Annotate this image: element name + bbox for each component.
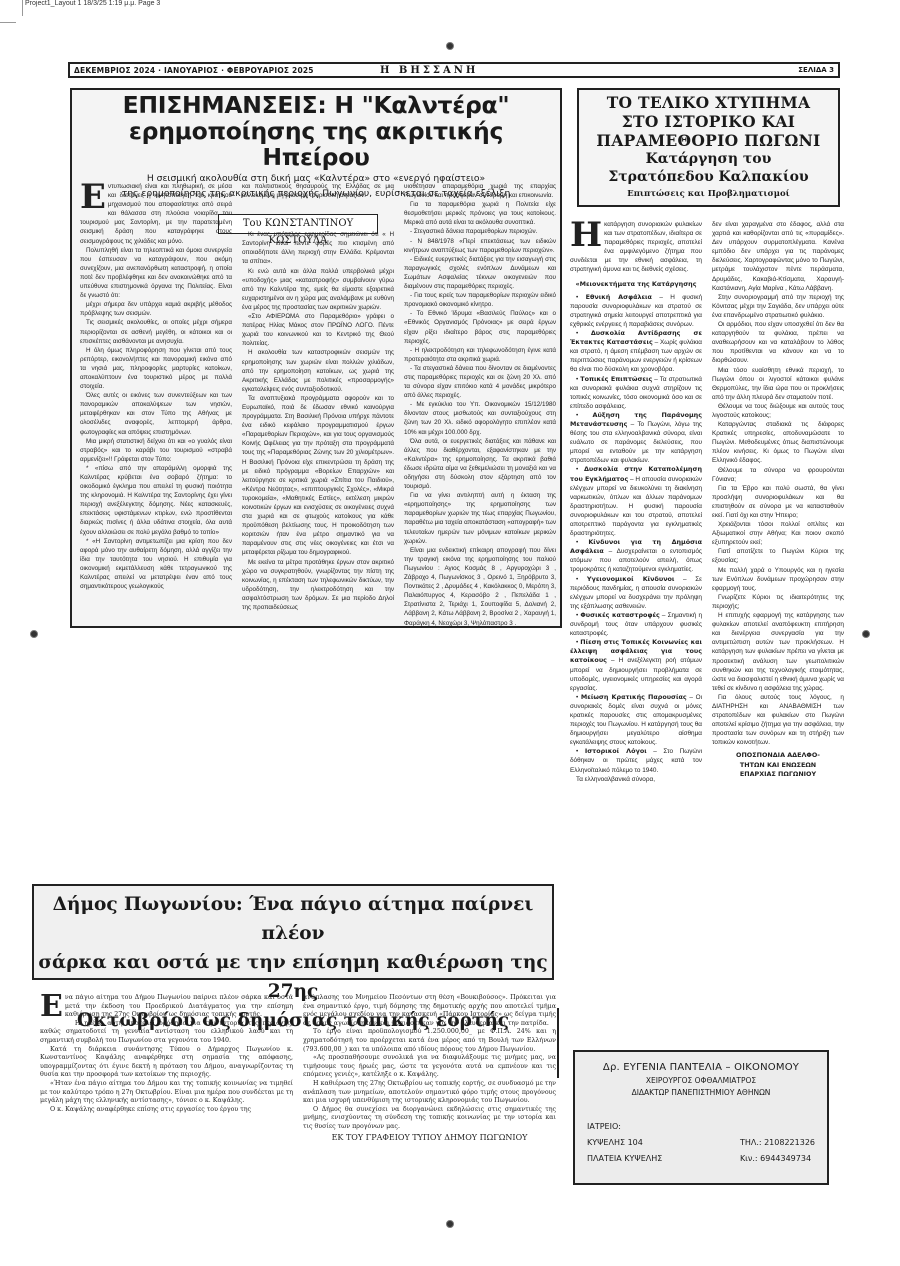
bullet-point: • Αύξηση της Παράνομης Μετανάστευσης – Τ… — [570, 411, 702, 466]
paragraph: Για να γίνει αντιληπτή αυτή η έκταση της… — [404, 491, 556, 546]
ad-contact: ΙΑΤΡΕΙΟ: ΚΥΨΕΛΗΣ 104 ΠΛΑΤΕΙΑ ΚΥΨΕΛΗΣ ΤΗΛ… — [587, 1119, 815, 1167]
paragraph: Μια τόσο ευαίσθητη εθνικά περιοχή, το Πω… — [712, 366, 844, 402]
paragraph: Είναι μια ενδεικτική επίκαιρη απογραφή π… — [404, 546, 556, 626]
side-article-body: Η κατάργηση συνοριακών φυλακίων και των … — [570, 220, 845, 1045]
paragraph: Οι αρμόδιοι, που είχαν υποσχεθεί ότι δεν… — [712, 320, 844, 365]
page-number: ΣΕΛΙΔΑ 3 — [798, 66, 834, 74]
bullet-text: – Οι συνοριακές δομές είναι συχνά οι μόν… — [570, 694, 702, 746]
paragraph: Θέλουμε τα σύνορα να φρουρούνται Γόνιανα… — [712, 466, 844, 484]
bullet-point: • Δυσκολία Αντίδρασης σε Έκτακτες Καταστ… — [570, 329, 702, 374]
paragraph: Κατά τη διάρκεια συνάντησης Τύπου ο Δήμα… — [40, 1046, 293, 1080]
ad-address-line1: ΚΥΨΕΛΗΣ 104 — [587, 1135, 662, 1151]
paragraph: Μια μικρή στατιστική δείχνει ότι και «ο … — [80, 437, 232, 464]
paragraph: - Για τους ιερείς των παραμεθορίων περιο… — [404, 291, 556, 309]
paragraph: Για τα παραμεθόρια χωριά η Πολιτεία είχε… — [404, 200, 556, 227]
side-article-header: ΤΟ ΤΕΛΙΚΟ ΧΤΥΠΗΜΑ ΣΤΟ ΙΣΤΟΡΙΚΟ ΚΑΙ ΠΑΡΑΜ… — [577, 88, 840, 207]
paragraph: Για τα Έβρο και πολύ σωστά, θα γίνει προ… — [712, 484, 844, 520]
side-article-column-1: Η κατάργηση συνοριακών φυλακίων και των … — [570, 220, 702, 1045]
dropcap: Ε — [40, 994, 63, 1020]
ad-doctor-name: Δρ. ΕΥΓΕΝΙΑ ΠΑΝΤΕΛΙΑ – ΟΙΚΟΝΟΜΟΥ — [587, 1062, 815, 1073]
paragraph: - Τα στεγαστικά δάνεια που δίνονταν σε δ… — [404, 364, 556, 400]
paragraph: Όλα αυτά, οι ευεργετικές διατάξεις και π… — [404, 437, 556, 492]
paragraph: Στην συνοριογραμμή από την περιοχή της Κ… — [712, 293, 844, 320]
paragraph: Γιατί αποτίζετε το Πωγώνι Κύριοι της εξο… — [712, 547, 844, 565]
pogoni-article-header: Δήμος Πωγωνίου: Ένα πάγιο αίτημα παίρνει… — [32, 884, 554, 980]
paragraph: Καταργώντας σταδιακά τις διάφορες Κρατικ… — [712, 420, 844, 465]
registration-mark-icon — [862, 630, 870, 638]
pogoni-column-1: Ε να πάγιο αίτημα του Δήμου Πωγωνίου παί… — [40, 994, 293, 1212]
paragraph: Ο κ. Καψάλης αναφέρθηκε επίσης στις εργα… — [40, 1106, 293, 1115]
ad-address-line2: ΠΛΑΤΕΙΑ ΚΥΨΕΛΗΣ — [587, 1151, 662, 1167]
paragraph: Η ημέρα αυτή αποτελεί ορόσημο για την ισ… — [40, 1020, 293, 1046]
paragraph: και πολιτιστικούς θησαυρούς της Ελλάδας … — [242, 182, 394, 200]
ad-address: ΙΑΤΡΕΙΟ: ΚΥΨΕΛΗΣ 104 ΠΛΑΤΕΙΑ ΚΥΨΕΛΗΣ — [587, 1119, 662, 1167]
bullet-point: • Τοπικές Επιπτώσεις – Τα στρατιωτικά κα… — [570, 375, 702, 411]
paragraph: δεν είναι χαραγμένα στο έδαφος, αλλά στα… — [712, 220, 844, 293]
bullet-point: • Εθνική Ασφάλεια – Η φυσική παρουσία συ… — [570, 293, 702, 329]
signature-line: ΕΠΑΡΧΙΑΣ ΠΩΓΩΝΙΟΥ — [712, 770, 844, 779]
ad-phone: ΤΗΛ.: 2108221326 — [740, 1135, 815, 1151]
paragraph: Τις σεισμικές ακολουθίες, οι οποίες μέχρ… — [80, 318, 232, 345]
crop-mark — [0, 22, 16, 23]
ad-specialty: ΧΕΙΡΟΥΡΓΟΣ ΟΦΘΑΛΜΙΑΤΡΟΣ — [587, 1076, 815, 1085]
paragraph: Τα ελληνοαλβανικά σύνορα, — [570, 775, 702, 784]
dropcap: Η — [570, 221, 602, 249]
press-office-signoff: ΕΚ ΤΟΥ ΓΡΑΦΕΙΟΥ ΤΥΠΟΥ ΔΗΜΟΥ ΠΩΓΩΝΙΟΥ — [303, 1134, 556, 1143]
paragraph: Ο Δήμος θα συνεχίσει να διοργανώνει εκδη… — [303, 1106, 556, 1132]
paragraph: Το έργο είναι προϋπολογισμού 1.250.000,0… — [303, 1028, 556, 1054]
paragraph: Για όλους αυτούς τους λόγους, η ΔΙΑΤΗΡΗΣ… — [712, 693, 844, 748]
ad-office-label: ΙΑΤΡΕΙΟ: — [587, 1119, 662, 1135]
section-heading: «Μειονεκτήματα της Κατάργησης — [570, 280, 702, 289]
bullet-point: • Υγειονομικοί Κίνδυνοι – Σε περιόδους π… — [570, 575, 702, 611]
side-article-subtitle-line1: Κατάργηση του — [579, 151, 838, 168]
registration-mark-icon — [446, 42, 454, 50]
paragraph: Η καθιέρωση της 27ης Οκτωβρίου ως τοπική… — [303, 1080, 556, 1106]
issue-date: ΔΕΚΕΜΒΡΙΟΣ 2024 · ΙΑΝΟΥΑΡΙΟΣ · ΦΕΒΡΟΥΑΡΙ… — [74, 66, 314, 75]
paragraph: Γνωρίζετε Κύριοι τις ιδιαιτερότητες της … — [712, 593, 844, 611]
registration-mark-icon — [446, 1220, 454, 1228]
pogoni-article-body: Ε να πάγιο αίτημα του Δήμου Πωγωνίου παί… — [40, 994, 556, 1212]
paragraph: - Η ηλεκτροδότηση και τηλεφωνοδότηση έγι… — [404, 346, 556, 364]
bullet-head: Τοπικές Επιπτώσεις — [580, 375, 652, 383]
side-article-subtitle-line2: Στρατόπεδου Καλπακίου — [579, 169, 838, 186]
paragraph: Τα αναπτυξιακά προγράμματα αφορούν και τ… — [242, 394, 394, 558]
pogoni-column-2: ανάπλασης του Μνημείου Πεσόντων στη θέση… — [303, 994, 556, 1212]
side-article-title-line2: ΣΤΟ ΙΣΤΟΡΙΚΟ ΚΑΙ — [579, 112, 838, 131]
paragraph: Όλες αυτές οι εικόνες των συνεντεύξεων κ… — [80, 391, 232, 436]
paragraph: Θέλουμε να τους διώξουμε και αυτούς τους… — [712, 402, 844, 420]
paragraph: Κι ένας υπότιτλος εφημερίδας σημειώνει ό… — [242, 230, 394, 266]
paragraph: «Ας προσπαθήσουμε συνολικά για να διαφυλ… — [303, 1054, 556, 1080]
column-divider — [557, 1008, 559, 1078]
bullet-point: • Δυσκολία στην Καταπολέμηση του Εγκλήμα… — [570, 465, 702, 538]
paragraph: Με πολλή χαρά ο Υπουργός και η ηγεσία τω… — [712, 566, 844, 593]
ad-mobile: Κιν.: 6944349734 — [740, 1151, 815, 1167]
bullet-point: • Πίεση στις Τοπικές Κοινωνίες και έλλει… — [570, 638, 702, 693]
ad-degree: ΔΙΔΑΚΤΩΡ ΠΑΝΕΠΙΣΤΗΜΙΟΥ ΑΘΗΝΩΝ — [587, 1088, 815, 1097]
paragraph: * «Η Σαντορίνη αντιμετωπίζει μια κρίση π… — [80, 537, 232, 592]
bullet-text: – Η απουσία συνοριακών ελέγχων μπορεί να… — [570, 476, 702, 538]
bullet-point: • Ιστορικοί Λόγοι – Στο Πωγώνι δόθηκαν ο… — [570, 747, 702, 774]
bullet-head: Υγειονομικοί Κίνδυνοι — [587, 575, 675, 583]
paragraph: ανάπλασης του Μνημείου Πεσόντων στη θέση… — [303, 994, 556, 1028]
bullet-point: • Μείωση Κρατικής Παρουσίας – Οι συνορια… — [570, 693, 702, 748]
paragraph: - Ν 848/1978 «Περί επεκτάσεως των ειδικώ… — [404, 237, 556, 255]
main-article-column-3: υιοθέτησαν απαραμεθόρια χωριά της επαρχί… — [404, 182, 556, 626]
paragraph: - Ειδικές ευεργετικές διατάξεις για την … — [404, 255, 556, 291]
side-article-kicker: Επιπτώσεις και Προβληματισμοί — [579, 188, 838, 200]
main-article-title-line2: ερημοποίησης της ακριτικής Ηπείρου — [72, 118, 560, 170]
print-slug: Project1_Layout 1 18/3/25 1:19 μ.μ. Page… — [25, 0, 160, 7]
main-article-column-2: και πολιτιστικούς θησαυρούς της Ελλάδας … — [242, 182, 394, 626]
paragraph: Με εκείνα τα μέτρα προτάθηκε έργων στον … — [242, 558, 394, 613]
side-article-title-line1: ΤΟ ΤΕΛΙΚΟ ΧΤΥΠΗΜΑ — [579, 93, 838, 112]
paragraph: - Στεγαστικά δάνεια παραμεθορίων περιοχώ… — [404, 227, 556, 236]
paragraph: Η ακολουθία των καταστροφικών σεισμών τη… — [242, 348, 394, 393]
paragraph: Η επιτυχής εφαρμογή της κατάργησης των φ… — [712, 611, 844, 693]
masthead: ΔΕΚΕΜΒΡΙΟΣ 2024 · ΙΑΝΟΥΑΡΙΟΣ · ΦΕΒΡΟΥΑΡΙ… — [68, 62, 840, 78]
paragraph: «Ήταν ένα πάγιο αίτημα του Δήμου και της… — [40, 1080, 293, 1106]
main-article-body: Ε ντυπωσιακή είναι και πληθωρική, σε μέσ… — [80, 182, 556, 626]
doctor-advertisement: Δρ. ΕΥΓΕΝΙΑ ΠΑΝΤΕΛΙΑ – ΟΙΚΟΝΟΜΟΥ ΧΕΙΡΟΥΡ… — [573, 1050, 829, 1185]
side-article-column-2: δεν είναι χαραγμένα στο έδαφος, αλλά στα… — [712, 220, 844, 1045]
registration-mark-icon — [30, 630, 38, 638]
paragraph: - Με εγκύκλιο του Υπ. Οικονομικών 15/12/… — [404, 400, 556, 436]
bullet-head: Εθνική Ασφάλεια — [586, 293, 652, 301]
ad-phones: ΤΗΛ.: 2108221326 Κιν.: 6944349734 — [740, 1119, 815, 1167]
paragraph: - Το Εθνικό Ίδρυμα «Βασιλεύς Παύλος» και… — [404, 309, 556, 345]
paragraph: Η όλη όμως πληροφόρηση που γίνεται από τ… — [80, 346, 232, 391]
bullet-point: • Κίνδυνοι για τη Δημόσια Ασφάλεια – Δυσ… — [570, 538, 702, 574]
signature-line: ΟΠΟΣΠΟΝΔΙΑ ΑΔΕΛΦΟ- — [712, 751, 844, 760]
side-article-title-line3: ΠΑΡΑΜΕΘΟΡΙΟ ΠΩΓΩΝΙ — [579, 131, 838, 150]
pogoni-title-line1: Δήμος Πωγωνίου: Ένα πάγιο αίτημα παίρνει… — [34, 890, 552, 948]
paragraph: να πάγιο αίτημα του Δήμου Πωγωνίου παίρν… — [40, 994, 293, 1020]
paragraph: Κι ενώ αυτά και άλλα πολλά υπερβολικά μέ… — [242, 267, 394, 312]
main-article: ΕΠΙΣΗΜΑΝΣΕΙΣ: Η "Καλντέρα" ερημοποίησης … — [70, 88, 562, 628]
bullet-head: Ιστορικοί Λόγοι — [585, 747, 647, 755]
paragraph: * «πίσω από την απαράμιλλη ομορφιά της Κ… — [80, 464, 232, 537]
bullet-point: • Φυσικές καταστροφές – Σημαντική η συνδ… — [570, 611, 702, 638]
main-article-title-line1: ΕΠΙΣΗΜΑΝΣΕΙΣ: Η "Καλντέρα" — [72, 92, 560, 118]
paragraph: υιοθέτησαν απαραμεθόρια χωριά της επαρχί… — [404, 182, 556, 200]
paragraph: Πολυπληθή είναι τα τηλεοπτικά και όμοια … — [80, 246, 232, 301]
paragraph: «Στο ΑΦΙΕΡΩΜΑ στο Παραμεθόριο» γράφει ο … — [242, 312, 394, 348]
dropcap: Ε — [80, 183, 106, 211]
paragraph: Χρειάζονται τόσοι πολλοί οπλίτες και Αξι… — [712, 520, 844, 547]
crop-mark — [22, 0, 23, 16]
bullet-head: Φυσικές καταστροφές — [580, 611, 659, 619]
signature-line: ΤΗΤΩΝ ΚΑΙ ΕΝΩΣΕΩΝ — [712, 761, 844, 770]
bullet-head: Μείωση Κρατικής Παρουσίας — [581, 693, 687, 701]
main-article-column-1: Ε ντυπωσιακή είναι και πληθωρική, σε μέσ… — [80, 182, 232, 626]
paragraph: μέχρι σήμερα δεν υπάρχει καμιά ακριβής μ… — [80, 300, 232, 318]
paper-name: Η ΒΗΣΣΑΝΗ — [380, 65, 478, 76]
